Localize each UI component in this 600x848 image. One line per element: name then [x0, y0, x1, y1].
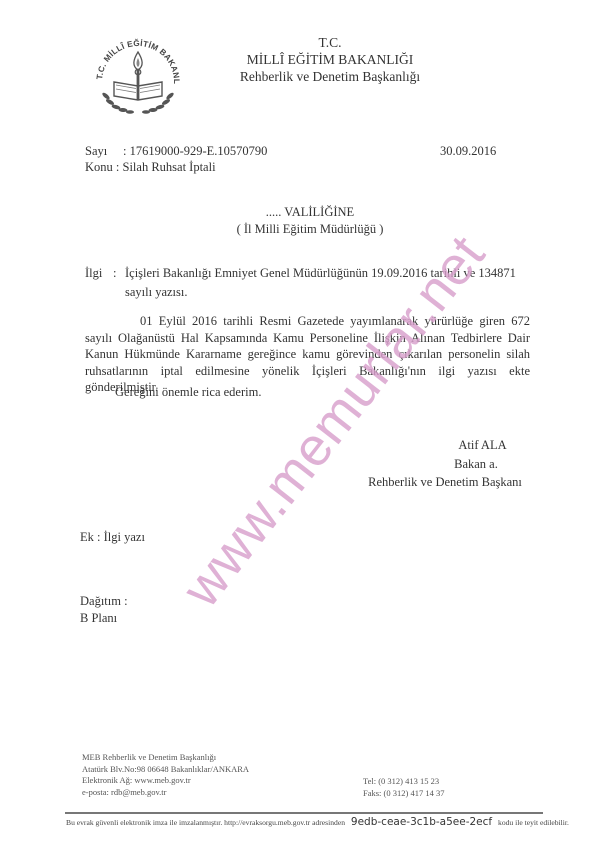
reference-number: Sayı: 17619000-929-E.10570790	[85, 144, 267, 159]
header-ministry: MİLLÎ EĞİTİM BAKANLIĞI	[200, 51, 460, 68]
addressee-line2: ( İl Milli Eğitim Müdürlüğü )	[160, 221, 460, 238]
konu-label: Konu	[85, 160, 113, 174]
svg-text:T.C. MİLLÎ EĞİTİM BAKANLIĞI: T.C. MİLLÎ EĞİTİM BAKANLIĞI	[88, 30, 181, 84]
verification-code: 9edb-ceae-3c1b-a5ee-2ecf	[351, 816, 492, 828]
subject: Konu : Silah Ruhsat İptali	[85, 160, 216, 175]
ilgi-text: İçişleri Bakanlığı Emniyet Genel Müdürlü…	[125, 264, 530, 302]
footer-org: MEB Rehberlik ve Denetim Başkanlığı	[82, 752, 249, 764]
distribution-block: Dağıtım : B Planı	[80, 593, 128, 627]
ilgi-label: İlgi	[85, 264, 102, 283]
sayi-label: Sayı	[85, 144, 123, 159]
ministry-logo: T.C. MİLLÎ EĞİTİM BAKANLIĞI	[88, 30, 188, 120]
signature-block: Atif ALA Bakan a. Rehberlik ve Denetim B…	[350, 436, 540, 492]
footer-divider	[65, 812, 543, 814]
distribution-value: B Planı	[80, 610, 128, 627]
signatory-position: Rehberlik ve Denetim Başkanı	[350, 473, 540, 492]
e-signature-notice: Bu evrak güvenli elektronik imza ile imz…	[66, 816, 569, 828]
letterhead: T.C. MİLLÎ EĞİTİM BAKANLIĞI Rehberlik ve…	[200, 34, 460, 85]
closing-line: Gereğini önemle rica ederim.	[115, 385, 261, 400]
signatory-name: Atif ALA	[350, 436, 540, 455]
verification-suffix: kodu ile teyit edilebilir.	[498, 818, 569, 827]
addressee-line1: ..... VALİLİĞİNE	[160, 204, 460, 221]
header-country: T.C.	[200, 34, 460, 51]
reference-block: İlgi : İçişleri Bakanlığı Emniyet Genel …	[85, 264, 530, 302]
ilgi-separator: :	[113, 264, 116, 283]
meb-emblem-icon: T.C. MİLLÎ EĞİTİM BAKANLIĞI	[88, 30, 188, 120]
footer-contact: MEB Rehberlik ve Denetim Başkanlığı Atat…	[82, 752, 249, 798]
attachment-line: Ek : İlgi yazı	[80, 530, 145, 545]
footer-phone: Tel: (0 312) 413 15 23 Faks: (0 312) 417…	[363, 776, 444, 799]
logo-ring-text: T.C. MİLLÎ EĞİTİM BAKANLIĞI	[88, 30, 181, 84]
distribution-label: Dağıtım :	[80, 593, 128, 610]
addressee: ..... VALİLİĞİNE ( İl Milli Eğitim Müdür…	[160, 204, 460, 238]
document-date: 30.09.2016	[440, 144, 496, 159]
konu-value: : Silah Ruhsat İptali	[116, 160, 216, 174]
footer-web: Elektronik Ağ: www.meb.gov.tr	[82, 775, 249, 787]
verification-prefix: Bu evrak güvenli elektronik imza ile imz…	[66, 818, 345, 827]
footer-fax: Faks: (0 312) 417 14 37	[363, 788, 444, 800]
body-paragraph: 01 Eylül 2016 tarihli Resmi Gazetede yay…	[85, 313, 530, 396]
footer-email: e-posta: rdb@meb.gov.tr	[82, 787, 249, 799]
sayi-value: : 17619000-929-E.10570790	[123, 144, 267, 158]
footer-tel: Tel: (0 312) 413 15 23	[363, 776, 444, 788]
signatory-title: Bakan a.	[350, 455, 540, 474]
footer-address: Atatürk Blv.No:98 06648 Bakanlıklar/ANKA…	[82, 764, 249, 776]
header-department: Rehberlik ve Denetim Başkanlığı	[200, 68, 460, 85]
